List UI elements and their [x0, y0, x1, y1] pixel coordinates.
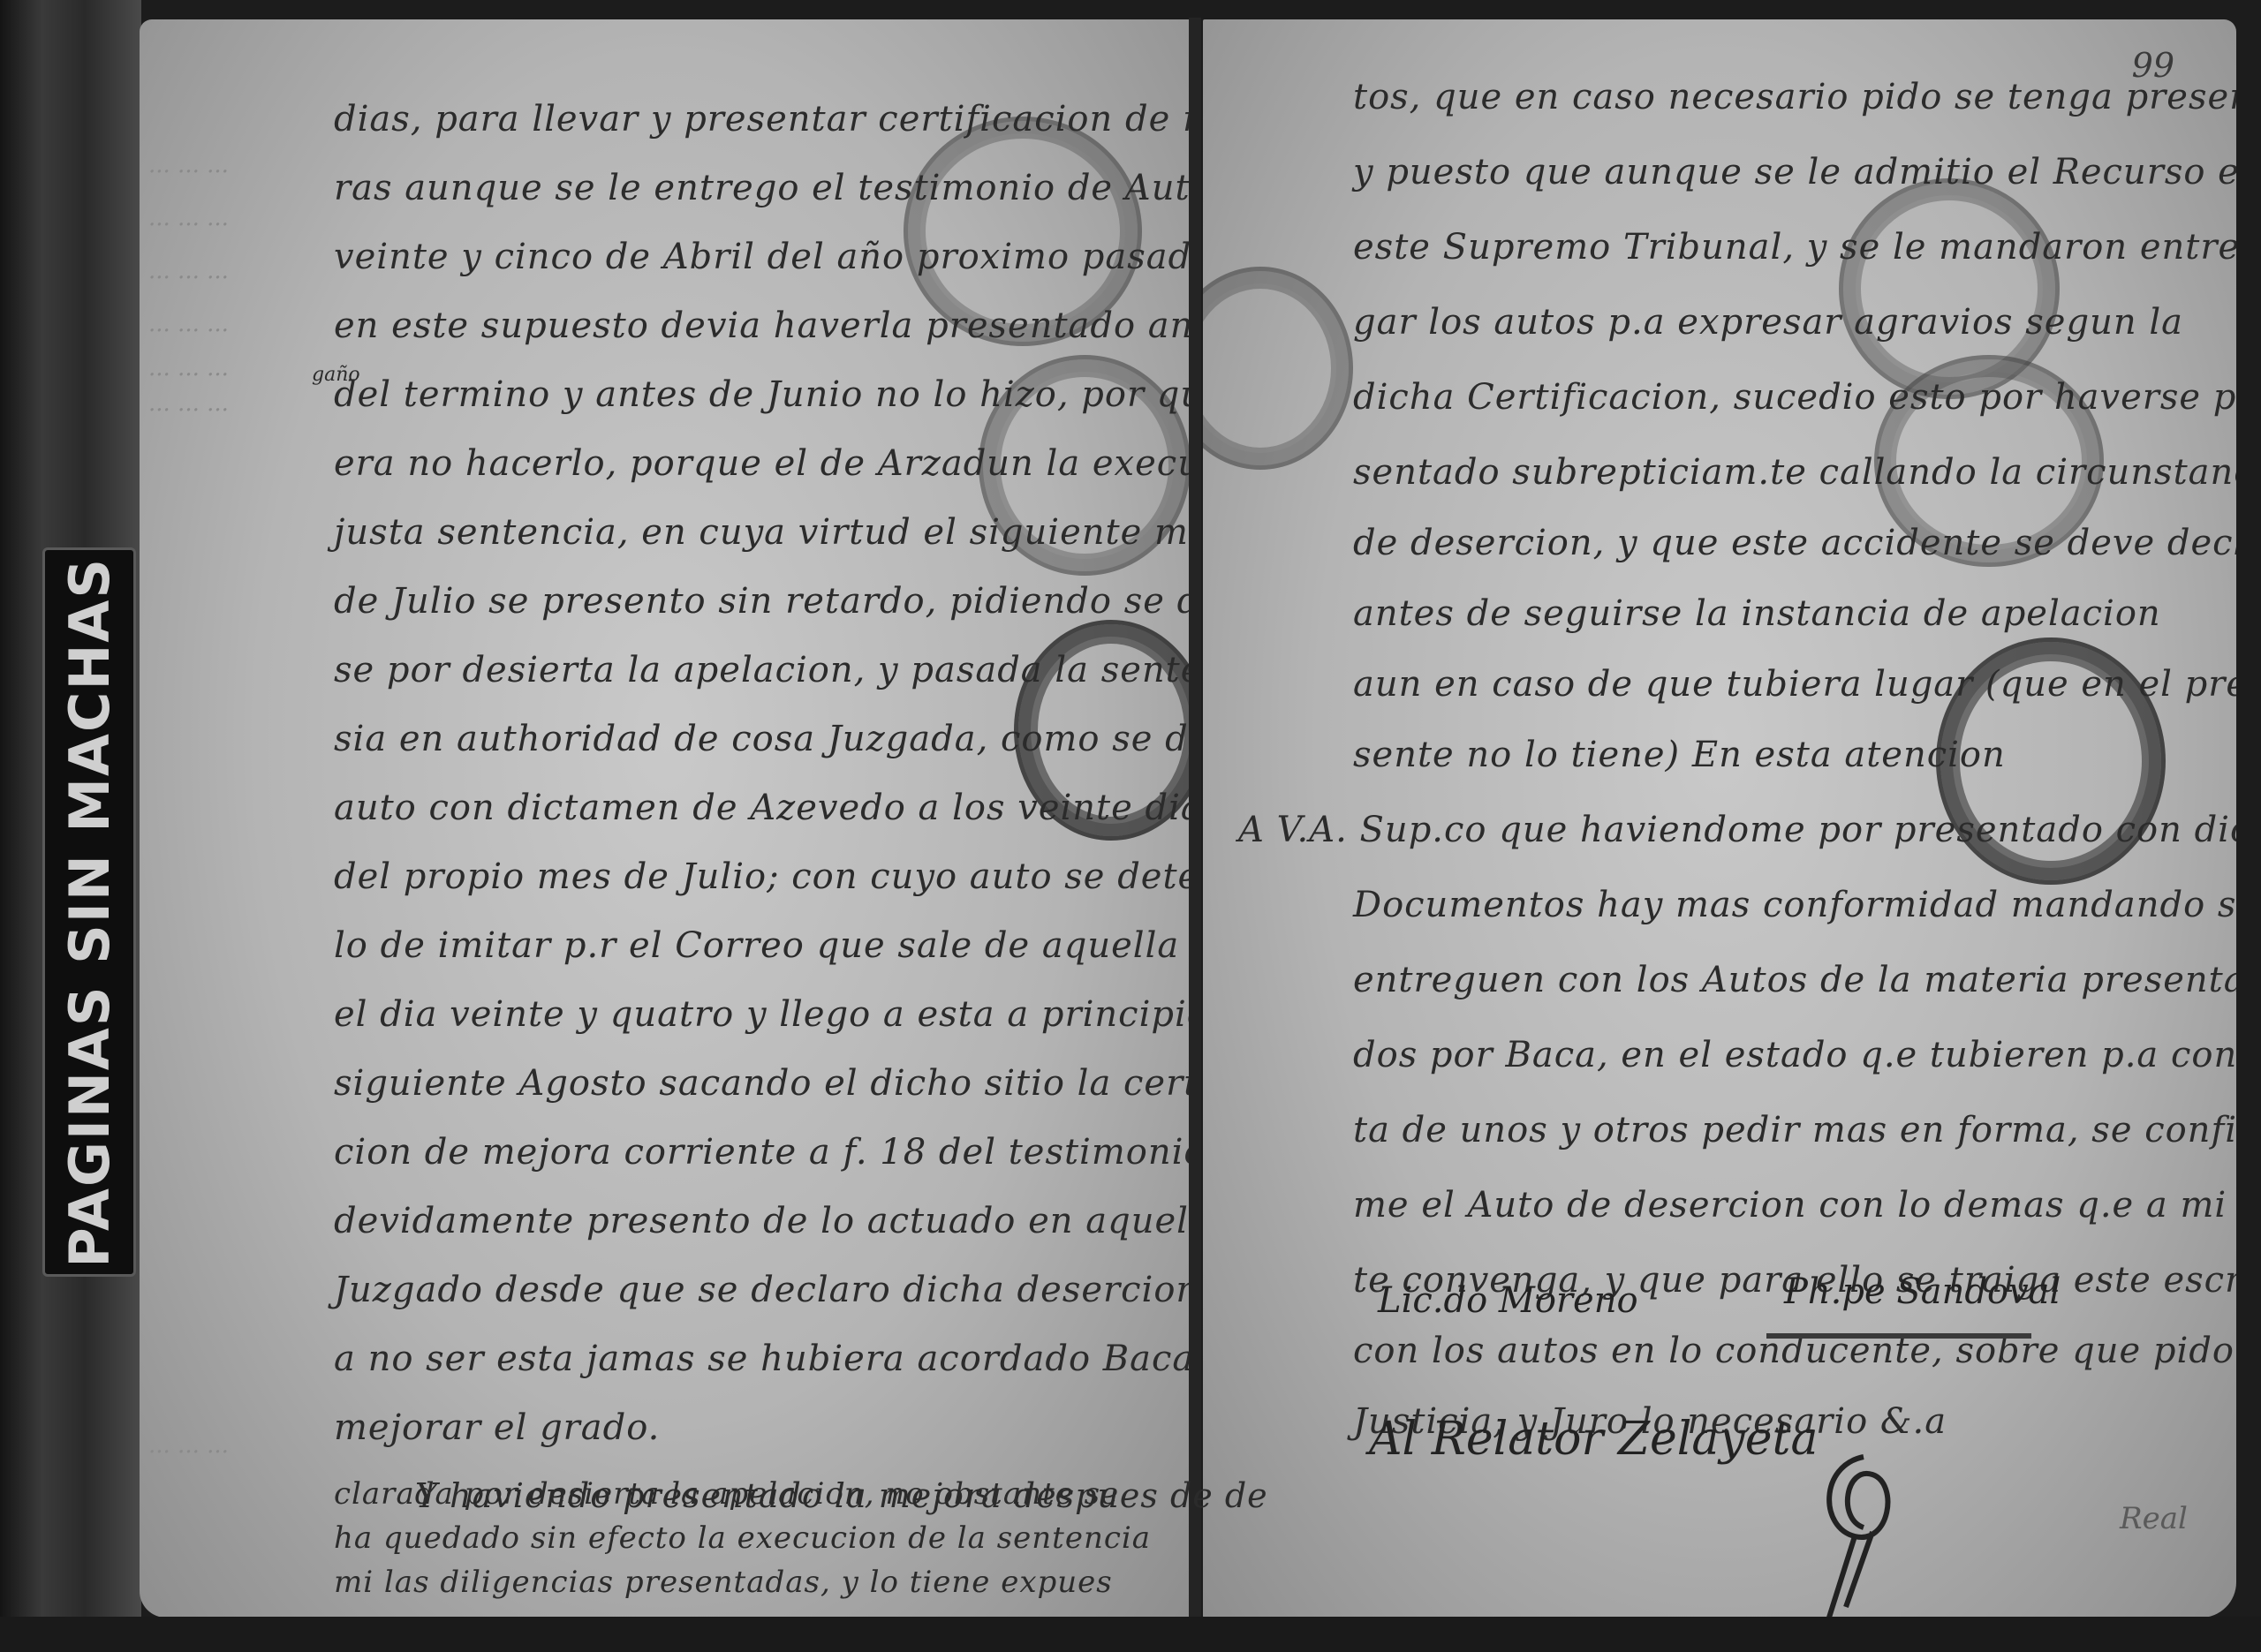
rubric-scribble-icon [1802, 1448, 1925, 1625]
page-tab-label: PAGINAS SIN MACHAS [42, 547, 136, 1277]
signature-licenciado: Lic.do Moreno [1378, 1280, 1638, 1321]
scan-border-bottom [0, 1617, 2261, 1652]
text-line: tos, que en caso necesario pido se tenga… [1353, 77, 2236, 117]
text-line: me el Auto de desercion con lo demas q.e… [1353, 1185, 2236, 1226]
text-line: de Julio se presento sin retardo, pidien… [334, 581, 1192, 622]
text-line: mejorar el grado. [334, 1407, 660, 1448]
text-line: cion de mejora corriente a f. 18 del tes… [334, 1132, 1192, 1173]
text-line: entreguen con los Autos de la materia pr… [1353, 960, 2236, 1000]
text-line: aun en caso de que tubiera lugar (que en… [1353, 664, 2236, 705]
text-line: del propio mes de Julio; con cuyo auto s… [334, 856, 1192, 897]
text-line: justa sentencia, en cuya virtud el sigui… [334, 512, 1192, 553]
text-line: Y haviendo presentado la mejora despues … [415, 1476, 1268, 1515]
text-line: de desercion, y que este accidente se de… [1353, 523, 2236, 563]
text-line: Juzgado desde que se declaro dicha deser… [334, 1270, 1192, 1310]
ink-stamp-seal [1203, 267, 1353, 470]
signature-procurador: Ph.pe Sandoval [1784, 1271, 2061, 1312]
text-line: siguiente Agosto sacando el dicho sitio … [334, 1063, 1192, 1104]
text-line: y puesto que aunque se le admitio el Rec… [1353, 152, 2236, 192]
text-line: ras aunque se le entrego el testimonio d… [334, 168, 1192, 208]
text-line: sente no lo tiene) En esta atencion [1353, 735, 2006, 775]
text-line: del termino y antes de Junio no lo hizo,… [334, 374, 1192, 415]
text-line: dias, para llevar y presentar certificac… [334, 99, 1192, 140]
text-line: gar los autos p.a expresar agravios segu… [1353, 302, 2183, 343]
text-line: el dia veinte y quatro y llego a esta a … [334, 994, 1192, 1035]
text-line: Documentos hay mas conformidad mandando … [1353, 885, 2236, 925]
text-line: dicha Certificacion, sucedio esto por ha… [1353, 377, 2236, 418]
signature-relator: Al Relator Zelayeta [1369, 1413, 1818, 1466]
text-line: ta de unos y otros pedir mas en forma, s… [1353, 1110, 2236, 1150]
text-line: sentado subrepticiam.te callando la circ… [1353, 452, 2236, 493]
tab-label-text: PAGINAS SIN MACHAS [57, 557, 122, 1268]
corner-note: Real [2120, 1501, 2188, 1536]
text-line: lo de imitar p.r el Correo que sale de a… [334, 925, 1192, 966]
text-line: veinte y cinco de Abril del año proximo … [334, 237, 1192, 277]
text-line: auto con dictamen de Azevedo a los veint… [334, 788, 1192, 828]
text-line: a no ser esta jamas se hubiera acordado … [334, 1339, 1192, 1379]
text-line: se por desierta la apelacion, y pasada l… [334, 650, 1192, 690]
text-line: A V.A. Sup.co que haviendome por present… [1238, 810, 2236, 850]
text-line: sia en authoridad de cosa Juzgada, como … [334, 719, 1192, 759]
signature-rubric-flourish [1766, 1333, 2031, 1339]
text-line: devidamente presento de lo actuado en aq… [334, 1201, 1189, 1241]
text-line: antes de seguirse la instancia de apelac… [1353, 593, 2161, 634]
page-gutter [1189, 18, 1201, 1620]
text-line: este Supremo Tribunal, y se le mandaron … [1353, 227, 2236, 268]
text-line: en este supuesto devia haverla presentad… [334, 306, 1192, 346]
right-page: 99 tos, que en caso necesario pido se te… [1203, 19, 2236, 1618]
text-line: dos por Baca, en el estado q.e tubieren … [1353, 1035, 2236, 1075]
text-line: era no hacerlo, porque el de Arzadun la … [334, 443, 1192, 484]
left-page: ... ... ... ... ... ... ... ... ... ... … [140, 19, 1192, 1618]
